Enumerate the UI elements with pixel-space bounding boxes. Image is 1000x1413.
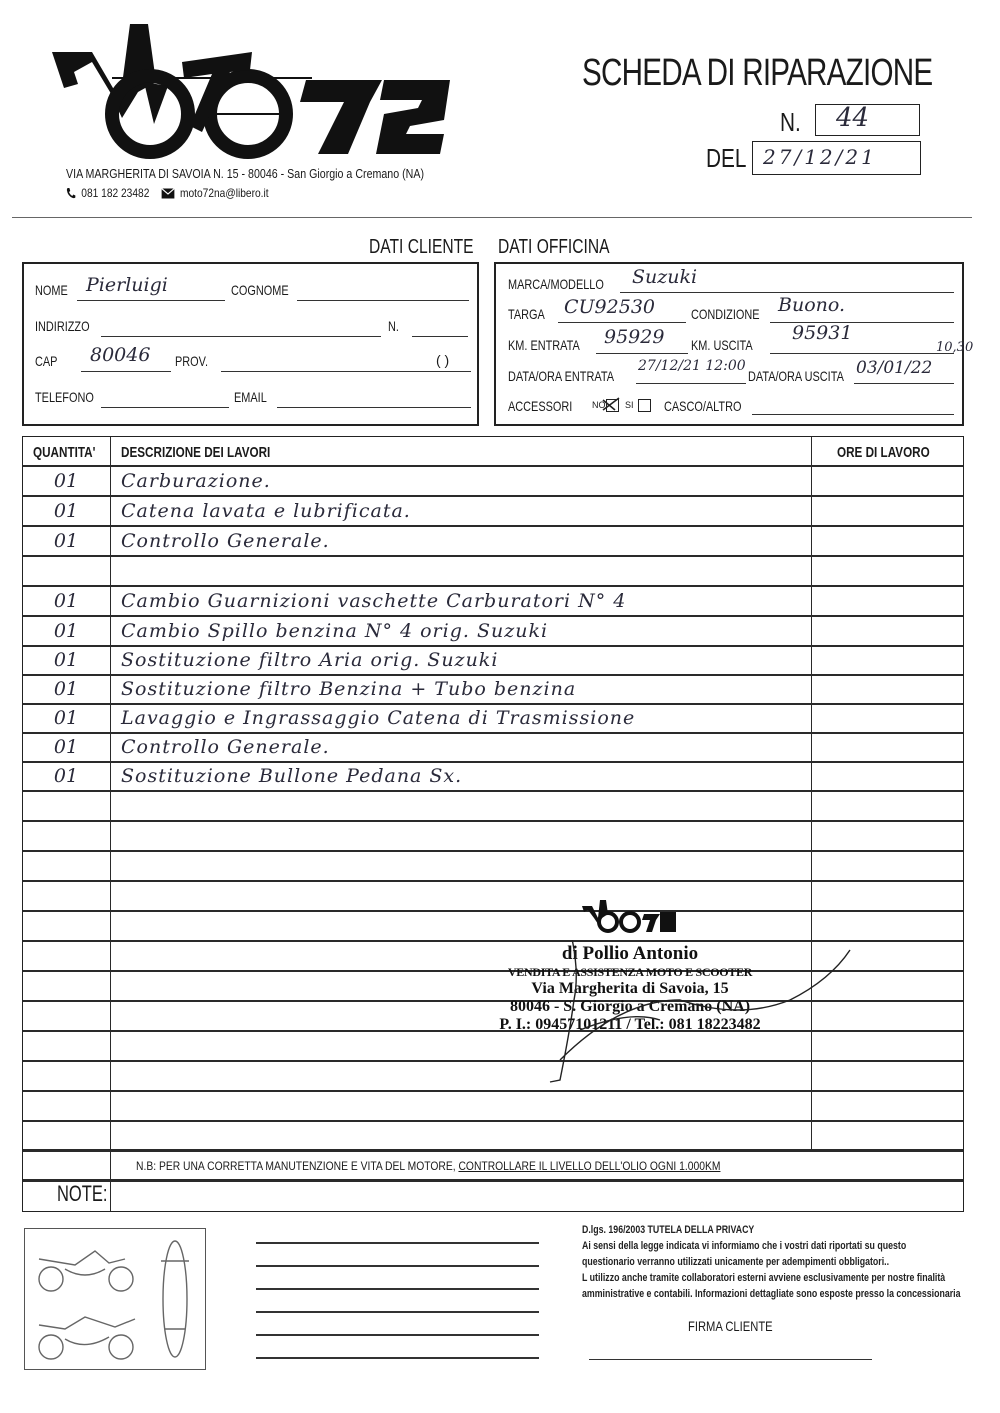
dati-officina-title: DATI OFFICINA — [498, 236, 610, 259]
number-label: N. — [780, 107, 801, 138]
marca-modello-label: MARCA/MODELLO — [508, 276, 604, 292]
accessori-si-label: SI — [625, 400, 634, 410]
stamp-logo — [580, 900, 680, 934]
km-uscita-label: KM. USCITA — [691, 337, 753, 353]
targa-field[interactable] — [558, 322, 686, 323]
marca-modello-field[interactable] — [620, 292, 954, 293]
date-label: DEL — [706, 143, 746, 174]
header-divider — [12, 217, 972, 218]
prov-field[interactable] — [221, 371, 471, 372]
nome-label: NOME — [35, 282, 68, 298]
page-title: SCHEDA DI RIPARAZIONE — [582, 52, 932, 95]
lavori-table: QUANTITA' DESCRIZIONE DEI LAVORI ORE DI … — [22, 436, 964, 1212]
moto72-logo — [52, 22, 452, 162]
accessori-si-checkbox[interactable] — [638, 399, 651, 412]
number-value: 44 — [836, 103, 869, 133]
header-ore: ORE DI LAVORO — [837, 444, 930, 461]
nome-field[interactable] — [77, 300, 225, 301]
accessori-no-checkbox[interactable] — [606, 399, 619, 412]
casco-altro-field[interactable] — [752, 414, 954, 415]
dati-cliente-box: NOME Pierluigi COGNOME INDIRIZZO N. CAP … — [22, 262, 479, 426]
cognome-field[interactable] — [297, 300, 469, 301]
data-ora-entrata-label: DATA/ORA ENTRATA — [508, 368, 614, 384]
numero-civico-field[interactable] — [412, 336, 468, 337]
firma-cliente-label: FIRMA CLIENTE — [688, 1318, 773, 1334]
prov-paren: ( ) — [436, 352, 449, 368]
company-phone: 081 182 23482 — [81, 186, 149, 200]
header-descrizione: DESCRIZIONE DEI LAVORI — [121, 444, 270, 461]
marca-modello-value: Suzuki — [632, 266, 697, 288]
numero-civico-label: N. — [388, 318, 399, 334]
km-entrata-label: KM. ENTRATA — [508, 337, 580, 353]
cap-label: CAP — [35, 353, 57, 369]
data-ora-uscita-label: DATA/ORA USCITA — [748, 368, 844, 384]
note-label: NOTE: — [57, 1181, 107, 1207]
number-field[interactable]: 44 — [815, 104, 920, 136]
condizione-label: CONDIZIONE — [691, 306, 760, 322]
cap-value: 80046 — [90, 344, 150, 366]
maintenance-note-emphasis: CONTROLLARE IL LIVELLO DELL'OLIO OGNI 1.… — [458, 1159, 720, 1173]
condizione-value: Buono. — [778, 294, 845, 316]
checkmark-x-icon — [601, 396, 623, 412]
privacy-title: D.lgs. 196/2003 TUTELA DELLA PRIVACY — [582, 1222, 961, 1238]
indirizzo-field[interactable] — [101, 336, 381, 337]
firma-cliente-field[interactable] — [589, 1359, 872, 1360]
date-field[interactable]: 27/12/21 — [752, 141, 921, 175]
motorcycle-damage-diagram[interactable] — [24, 1228, 206, 1370]
cognome-label: COGNOME — [231, 282, 289, 298]
data-ora-uscita-field[interactable] — [854, 383, 954, 384]
email-field[interactable] — [277, 407, 471, 408]
damage-notes-line[interactable] — [256, 1288, 539, 1290]
accessori-label: ACCESSORI — [508, 398, 572, 414]
km-uscita-value: 95931 — [792, 322, 852, 344]
indirizzo-label: INDIRIZZO — [35, 318, 90, 334]
privacy-notice: D.lgs. 196/2003 TUTELA DELLA PRIVACY Ai … — [582, 1222, 961, 1302]
data-uscita-value: 03/01/22 — [856, 358, 932, 378]
company-contact: 081 182 23482 moto72na@libero.it — [66, 186, 269, 200]
maintenance-note: N.B: PER UNA CORRETTA MANUTENZIONE E VIT… — [136, 1159, 720, 1173]
ora-uscita-value: 10,30 — [936, 340, 973, 355]
km-uscita-field[interactable] — [770, 353, 954, 354]
note-field[interactable] — [112, 1182, 961, 1210]
phone-icon — [66, 187, 76, 199]
dati-cliente-title: DATI CLIENTE — [369, 236, 474, 259]
damage-notes-line[interactable] — [256, 1357, 539, 1359]
telefono-field[interactable] — [101, 407, 229, 408]
dati-officina-box: MARCA/MODELLO Suzuki TARGA CU92530 CONDI… — [494, 262, 964, 426]
telefono-label: TELEFONO — [35, 389, 94, 405]
casco-altro-label: CASCO/ALTRO — [664, 398, 741, 414]
company-address: VIA MARGHERITA DI SAVOIA N. 15 - 80046 -… — [66, 166, 424, 181]
header-quantita: QUANTITA' — [33, 444, 95, 461]
signature — [540, 940, 860, 1090]
company-email: moto72na@libero.it — [180, 186, 269, 200]
damage-notes-line[interactable] — [256, 1242, 539, 1244]
email-label: EMAIL — [234, 389, 267, 405]
data-ora-entrata-field[interactable] — [636, 383, 746, 384]
km-entrata-field[interactable] — [596, 353, 688, 354]
damage-notes-line[interactable] — [256, 1334, 539, 1336]
damage-notes-line[interactable] — [256, 1311, 539, 1313]
targa-label: TARGA — [508, 306, 545, 322]
prov-label: PROV. — [175, 353, 208, 369]
column-divider — [110, 437, 111, 1211]
cap-field[interactable] — [81, 371, 171, 372]
km-entrata-value: 95929 — [604, 326, 664, 348]
envelope-icon — [161, 188, 175, 199]
targa-value: CU92530 — [564, 296, 655, 318]
data-ora-entrata-value: 27/12/21 12:00 — [638, 358, 746, 374]
damage-notes-line[interactable] — [256, 1265, 539, 1267]
date-value: 27/12/21 — [763, 145, 877, 169]
nome-value: Pierluigi — [86, 274, 168, 296]
